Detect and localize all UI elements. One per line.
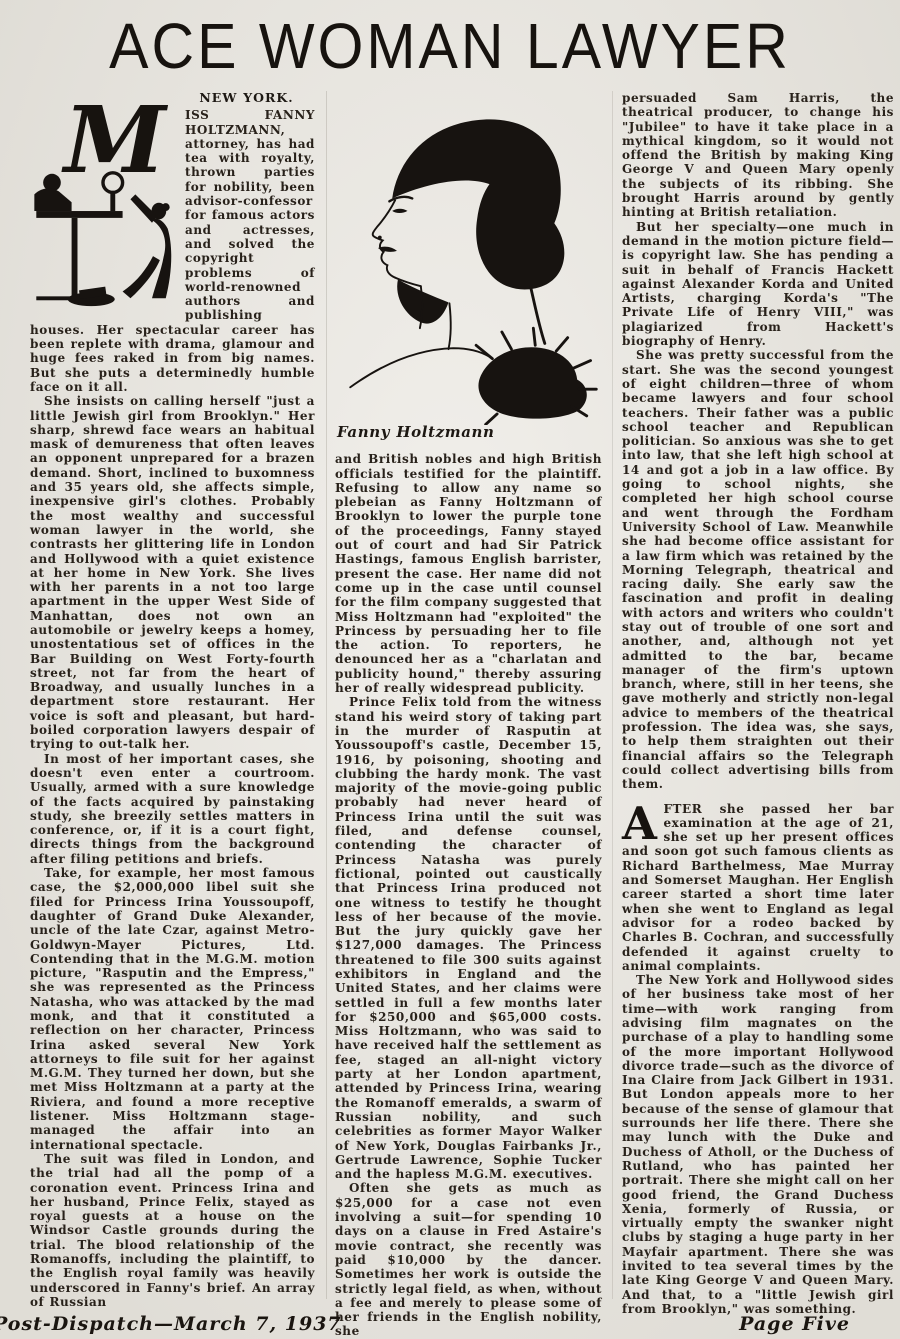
newspaper-page: ACE WOMAN LAWYER NEW YORK. M <box>0 0 900 1339</box>
dateline: NEW YORK. <box>178 91 315 105</box>
footer-page-number: Page Five <box>739 1313 850 1335</box>
portrait-caption: Fanny Holtzmann <box>337 425 602 439</box>
paragraph: A FTER she passed her bar examination at… <box>622 802 894 974</box>
paragraph: Take, for example, her most famous case,… <box>30 866 315 1152</box>
paragraph: The New York and Hollywood sides of her … <box>622 973 894 1316</box>
fanny-holtzmann-portrait-icon <box>335 93 602 425</box>
courtroom-silhouette-illustration: M <box>28 108 176 314</box>
paragraph: The suit was filed in London, and the tr… <box>30 1152 315 1309</box>
article-columns: NEW YORK. M <box>0 77 900 1299</box>
paragraph: But her specialty—one much in demand in … <box>622 220 894 349</box>
paragraph: Often she gets as much as $25,000 for a … <box>335 1181 602 1338</box>
paragraph: persuaded Sam Harris, the theatrical pro… <box>622 91 894 220</box>
column-1: NEW YORK. M <box>30 91 327 1299</box>
paragraph: M <box>30 108 315 394</box>
paragraph: In most of her important cases, she does… <box>30 752 315 866</box>
portrait-illustration <box>335 93 602 425</box>
footer-publication-date: Post-Dispatch—March 7, 1937 <box>0 1313 342 1335</box>
column-3: persuaded Sam Harris, the theatrical pro… <box>613 91 900 1299</box>
paragraph: She insists on calling herself "just a l… <box>30 394 315 751</box>
courtroom-silhouette-icon <box>28 162 176 314</box>
paragraph-text: FTER she passed her bar examination at t… <box>622 802 894 973</box>
article-headline: ACE WOMAN LAWYER <box>0 0 900 83</box>
paragraph: She was pretty successful from the start… <box>622 348 894 791</box>
column-2: Fanny Holtzmann and British nobles and h… <box>327 91 613 1299</box>
paragraph: and British nobles and high British offi… <box>335 452 602 695</box>
paragraph: Prince Felix told from the witness stand… <box>335 695 602 1181</box>
dropcap-a: A <box>622 802 663 842</box>
